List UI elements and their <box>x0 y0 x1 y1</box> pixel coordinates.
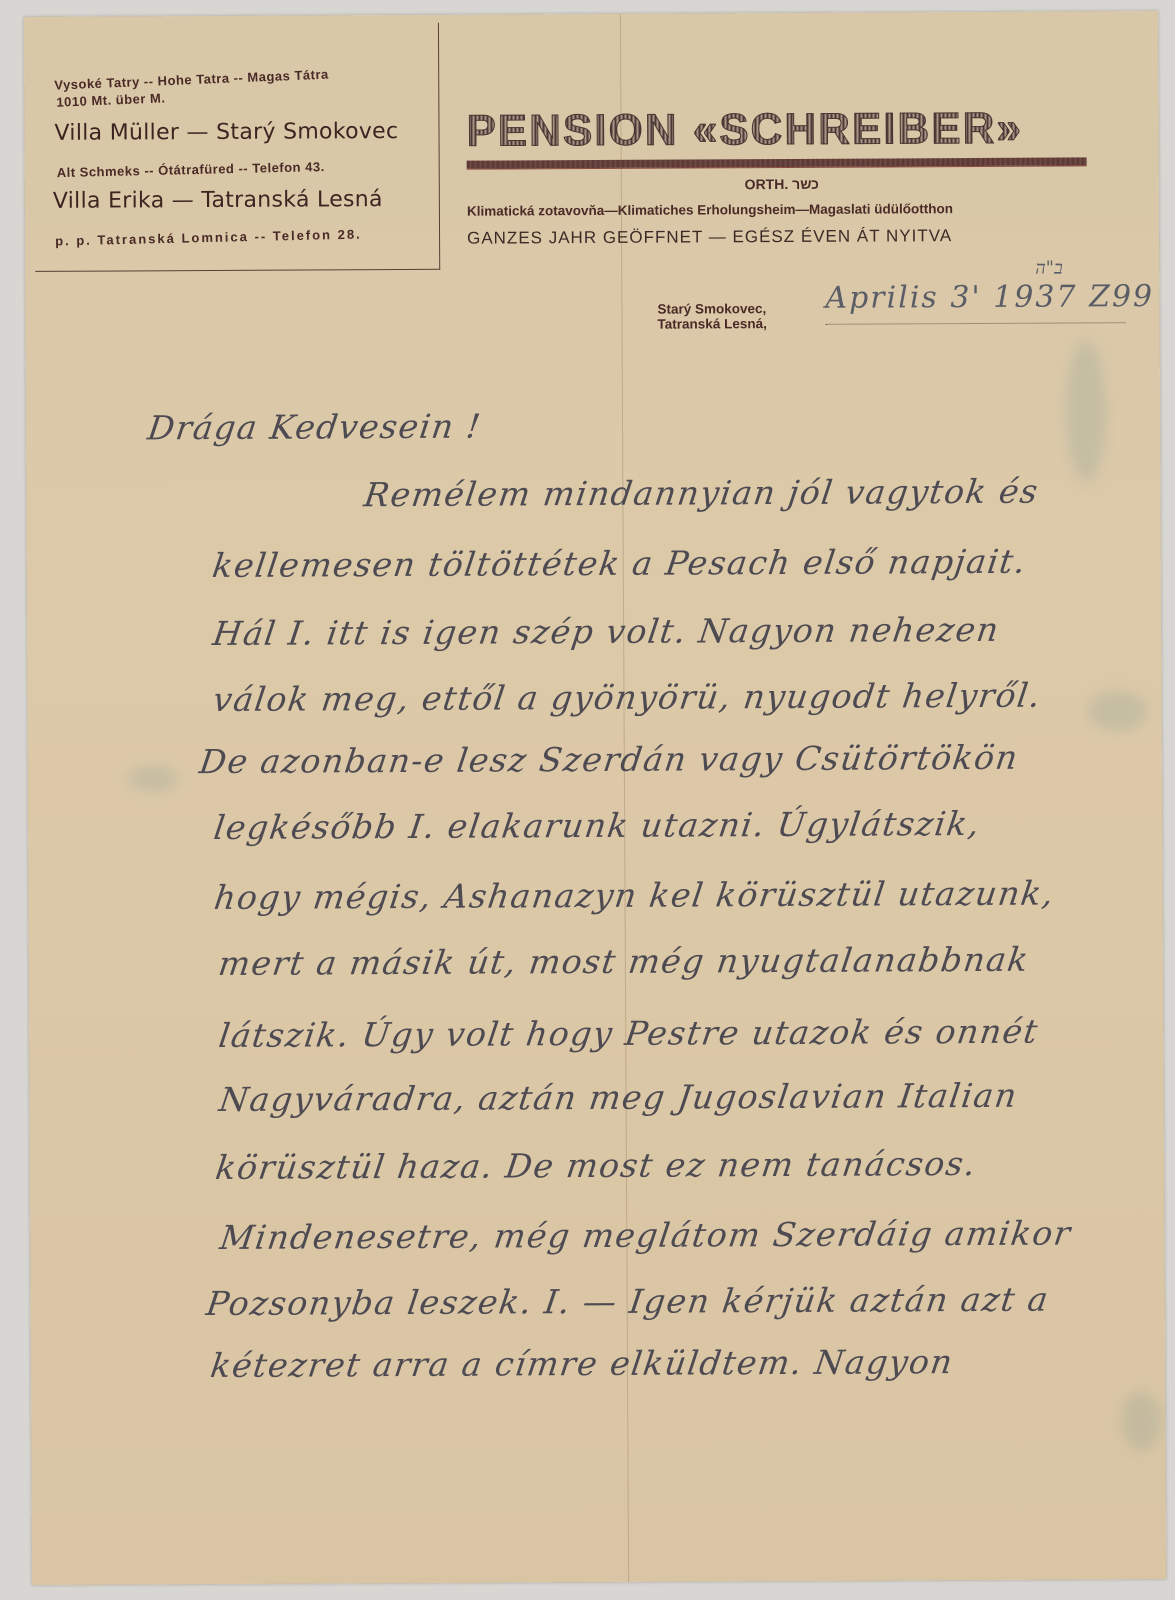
place-line-2: Tatranská Lesná, <box>657 316 766 332</box>
letter-line: Nagyváradra, aztán meg Jugoslavian Itali… <box>217 1076 1020 1119</box>
letter-line: legkésőbb I. elakarunk utazni. Úgylátszi… <box>212 804 984 847</box>
ink-stain <box>1066 341 1107 481</box>
letter-line: kétezret arra a címre elküldtem. Nagyon <box>208 1342 956 1385</box>
ink-stain <box>128 766 178 791</box>
alt-schmeks-line: Alt Schmeks -- Ótátrafüred -- Telefon 43… <box>57 159 325 180</box>
ink-stain <box>1121 1391 1161 1451</box>
post-office-line: p. p. Tatranská Lomnica -- Telefon 28. <box>55 227 362 249</box>
letter-line: látszik. Úgy volt hogy Pestre utazok és … <box>217 1012 1042 1055</box>
ink-stain <box>1087 691 1147 731</box>
villa-erika-line: Villa Erika — Tatranská Lesná <box>53 187 383 214</box>
corner-mark: ב"ה <box>1035 258 1063 279</box>
letter-line: Mindenesetre, még meglátom Szerdáig amik… <box>218 1213 1074 1256</box>
villa-muller-line: Villa Müller — Starý Smokovec <box>54 119 398 146</box>
place-block: Starý Smokovec, Tatranská Lesná, <box>657 301 766 332</box>
letter-line: válok meg, ettől a gyönyörü, nyugodt hel… <box>211 676 1044 719</box>
letter-line: De azonban-e lesz Szerdán vagy Csütörtök… <box>197 738 1021 781</box>
letterhead-brand: PENSION «SCHREIBER» ORTH. כשר Klimatická… <box>466 103 1097 248</box>
place-line-1: Starý Smokovec, <box>657 301 766 317</box>
pension-title: PENSION «SCHREIBER» <box>466 103 1096 156</box>
title-rule <box>467 157 1087 169</box>
letter-line: Pozsonyba leszek. I. — Igen kérjük aztán… <box>204 1280 1052 1323</box>
kosher-label: ORTH. כשר <box>467 174 1097 193</box>
letter-line: Hál I. itt is igen szép volt. Nagyon neh… <box>210 610 1002 653</box>
salutation: Drága Kedvesein ! <box>145 407 484 448</box>
date-dotted-line <box>826 322 1126 325</box>
open-all-year: GANZES JAHR GEÖFFNET — EGÉSZ ÉVEN ÁT NYI… <box>467 225 1097 248</box>
letter-line: kellemesen töltöttétek a Pesach első nap… <box>210 542 1029 585</box>
altitude-line: 1010 Mt. über M. <box>56 90 166 109</box>
letter-page: Vysoké Tatry -- Hohe Tatra -- Magas Tátr… <box>24 11 1166 1585</box>
handwritten-date: Aprilis 3' 1937 Z99 <box>825 279 1154 316</box>
tagline: Klimatická zotavovňa—Klimatiches Erholun… <box>467 200 1097 218</box>
region-line: Vysoké Tatry -- Hohe Tatra -- Magas Tátr… <box>54 67 329 93</box>
letter-line: körüsztül haza. De most ez nem tanácsos. <box>213 1144 979 1187</box>
letter-line: Remélem mindannyian jól vagytok és <box>362 472 1042 515</box>
letter-line: mert a másik út, most még nyugtalanabbna… <box>216 940 1032 983</box>
letter-line: hogy mégis, Ashanazyn kel körüsztül utaz… <box>212 874 1057 917</box>
letterhead-address-box: Vysoké Tatry -- Hohe Tatra -- Magas Tátr… <box>34 23 440 272</box>
